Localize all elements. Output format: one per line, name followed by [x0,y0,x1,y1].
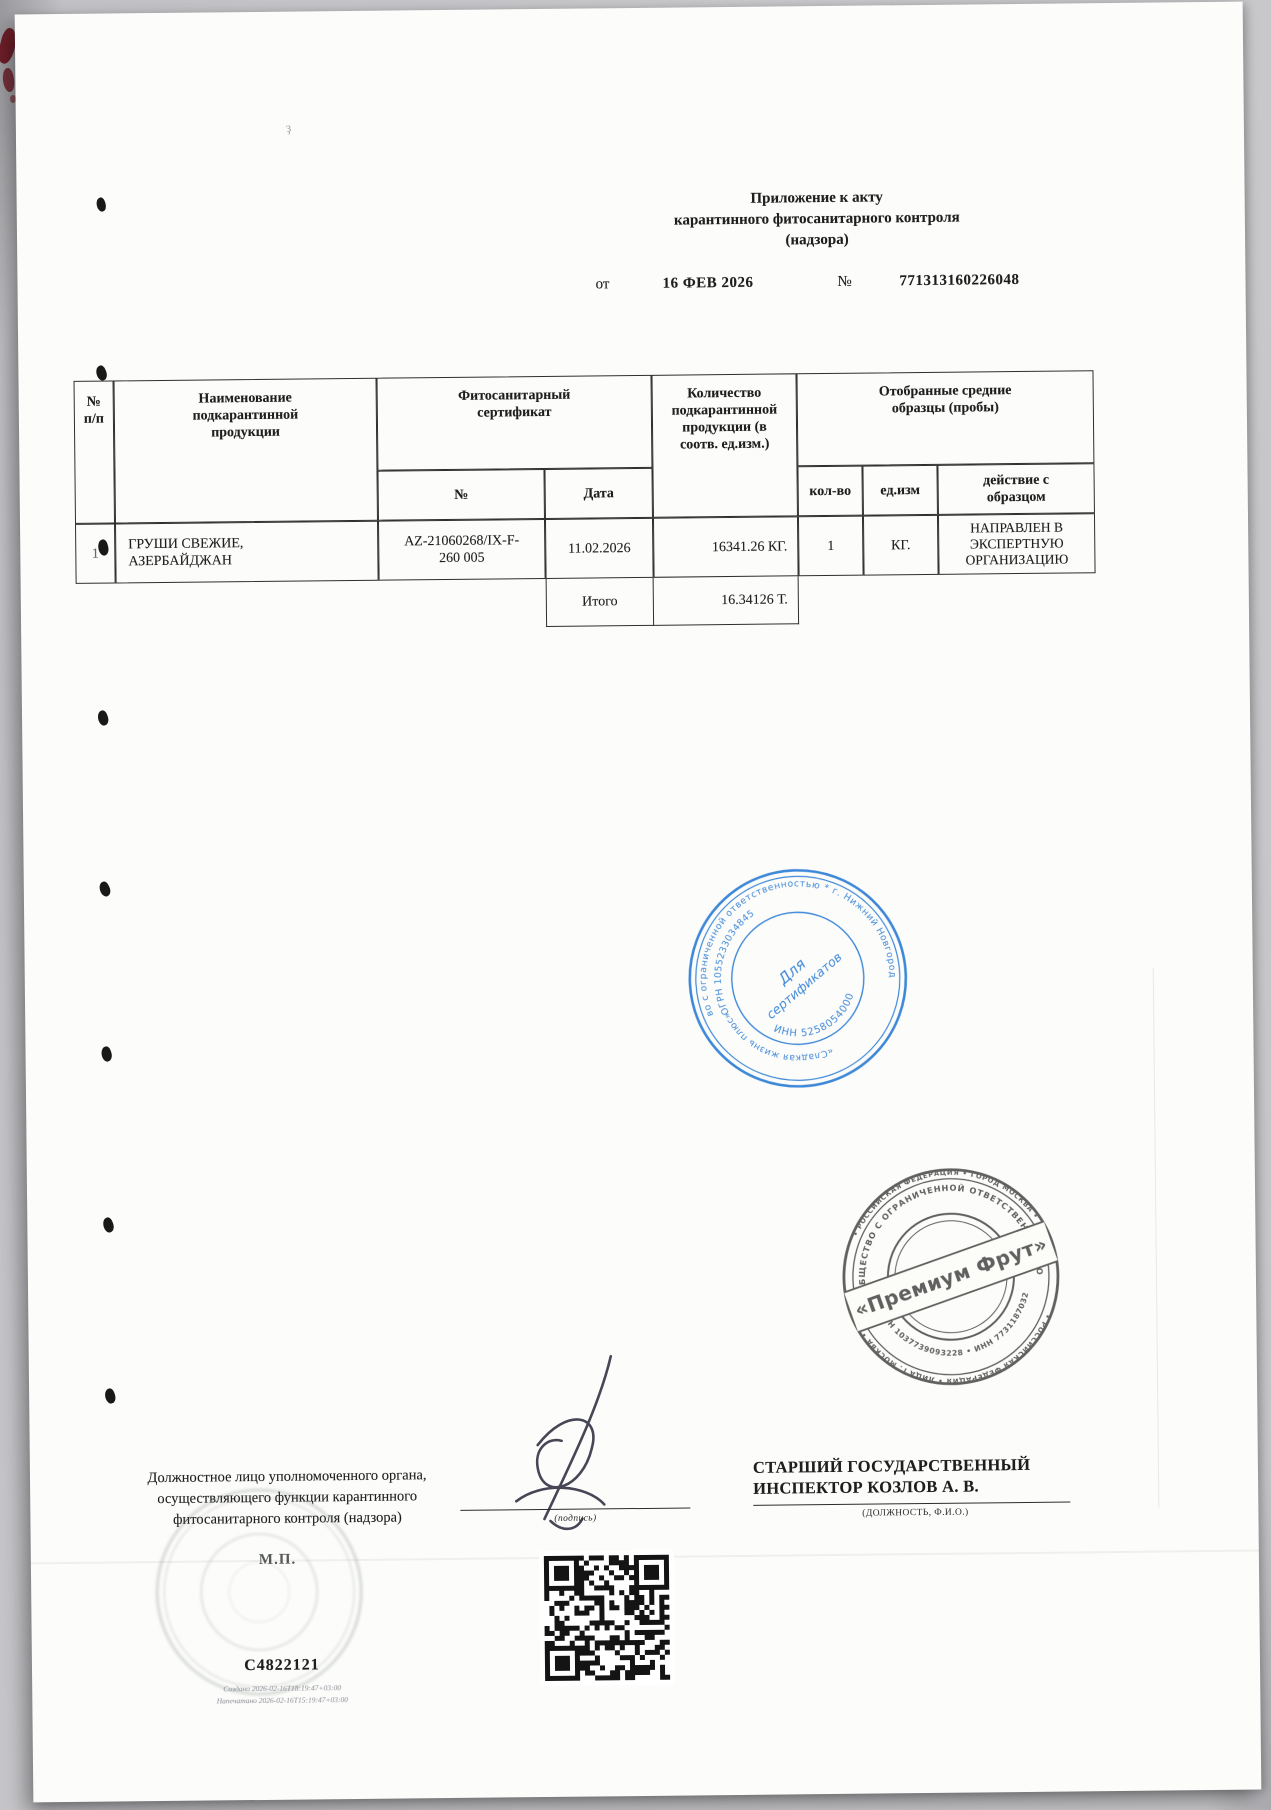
position-caption: (ДОЛЖНОСТЬ, Ф.И.О.) [820,1507,1010,1519]
ink-speck [103,1387,117,1404]
number-label: № [837,274,851,291]
product-table: № п/п Наименование подкарантинной продук… [74,370,1099,633]
dark-company-stamp: • РОССИЙСКАЯ ФЕДЕРАЦИЯ • ГОРОД МОСКВА • … [799,1125,1102,1428]
cell-total-value: 16.34126 Т. [654,576,799,626]
cell-cert-number: AZ-21060268/IX-F- 260 005 [378,519,546,581]
col-header-cert-number: № [377,469,545,521]
title-line-3: (надзора) [577,228,1057,254]
pencil-mark: ҙ [285,119,292,136]
cell-quantity: 16341.26 КГ. [653,516,799,578]
blue-company-stamp: Общество с ограниченной ответственностью… [646,827,949,1130]
inspector-name: СТАРШИЙ ГОСУДАРСТВЕННЫЙ ИНСПЕКТОР КОЗЛОВ… [753,1453,1083,1498]
col-header-sample-unit: ед.изм [862,465,938,516]
cell-cert-date: 11.02.2026 [545,518,654,579]
ink-speck [96,709,111,727]
document-page: ҙ Приложение к акту карантинного фитосан… [15,2,1262,1803]
blue-stamp-center-line2: сертификатов [763,949,844,1022]
date-number-row: от 16 ФЕВ 2026 № 771313160226048 [17,270,1247,307]
cell-product: ГРУШИ СВЕЖИЕ, АЗЕРБАЙДЖАН [115,521,379,584]
from-label: от [595,276,609,293]
col-header-cert-date: Дата [544,468,653,519]
qr-code [539,1550,675,1686]
cell-sample-qty: 1 [798,516,864,577]
red-corner-mark [1,67,15,92]
ink-speck [97,880,112,898]
scan-artifact-line [1153,968,1160,1508]
col-header-samples: Отобранные средние образцы (пробы) [796,370,1094,466]
col-header-product: Наименование подкарантинной продукции [114,378,378,524]
ink-speck [94,364,109,382]
cell-sample-unit: КГ. [863,515,939,576]
cell-total-label: Итого [546,578,654,627]
col-header-quantity: Количество подкарантинной продукции (в с… [651,373,797,518]
seal-code: С4822121 [182,1656,382,1676]
number-value: 771313160226048 [899,272,1019,290]
signature-caption: (подпись) [500,1513,650,1525]
qr-code-modules [544,1555,670,1681]
ink-speck [100,1045,114,1062]
position-line [753,1502,1070,1506]
cell-row-num: 1 [75,523,116,583]
cell-sample-action: НАПРАВЛЕН В ЭКСПЕРТНУЮ ОРГАНИЗАЦИЮ [938,513,1096,575]
col-header-certificate: Фитосанитарный сертификат [376,375,652,471]
col-header-num: № п/п [74,380,115,523]
ink-speck [101,1216,116,1234]
col-header-sample-action: действие с образцом [937,463,1095,515]
ink-speck [95,197,108,213]
document-title: Приложение к акту карантинного фитосанит… [577,186,1058,254]
date-value: 16 ФЕВ 2026 [662,275,753,293]
col-header-sample-qty: кол-во [797,466,863,517]
seal-place-label: М.П. [259,1552,297,1569]
